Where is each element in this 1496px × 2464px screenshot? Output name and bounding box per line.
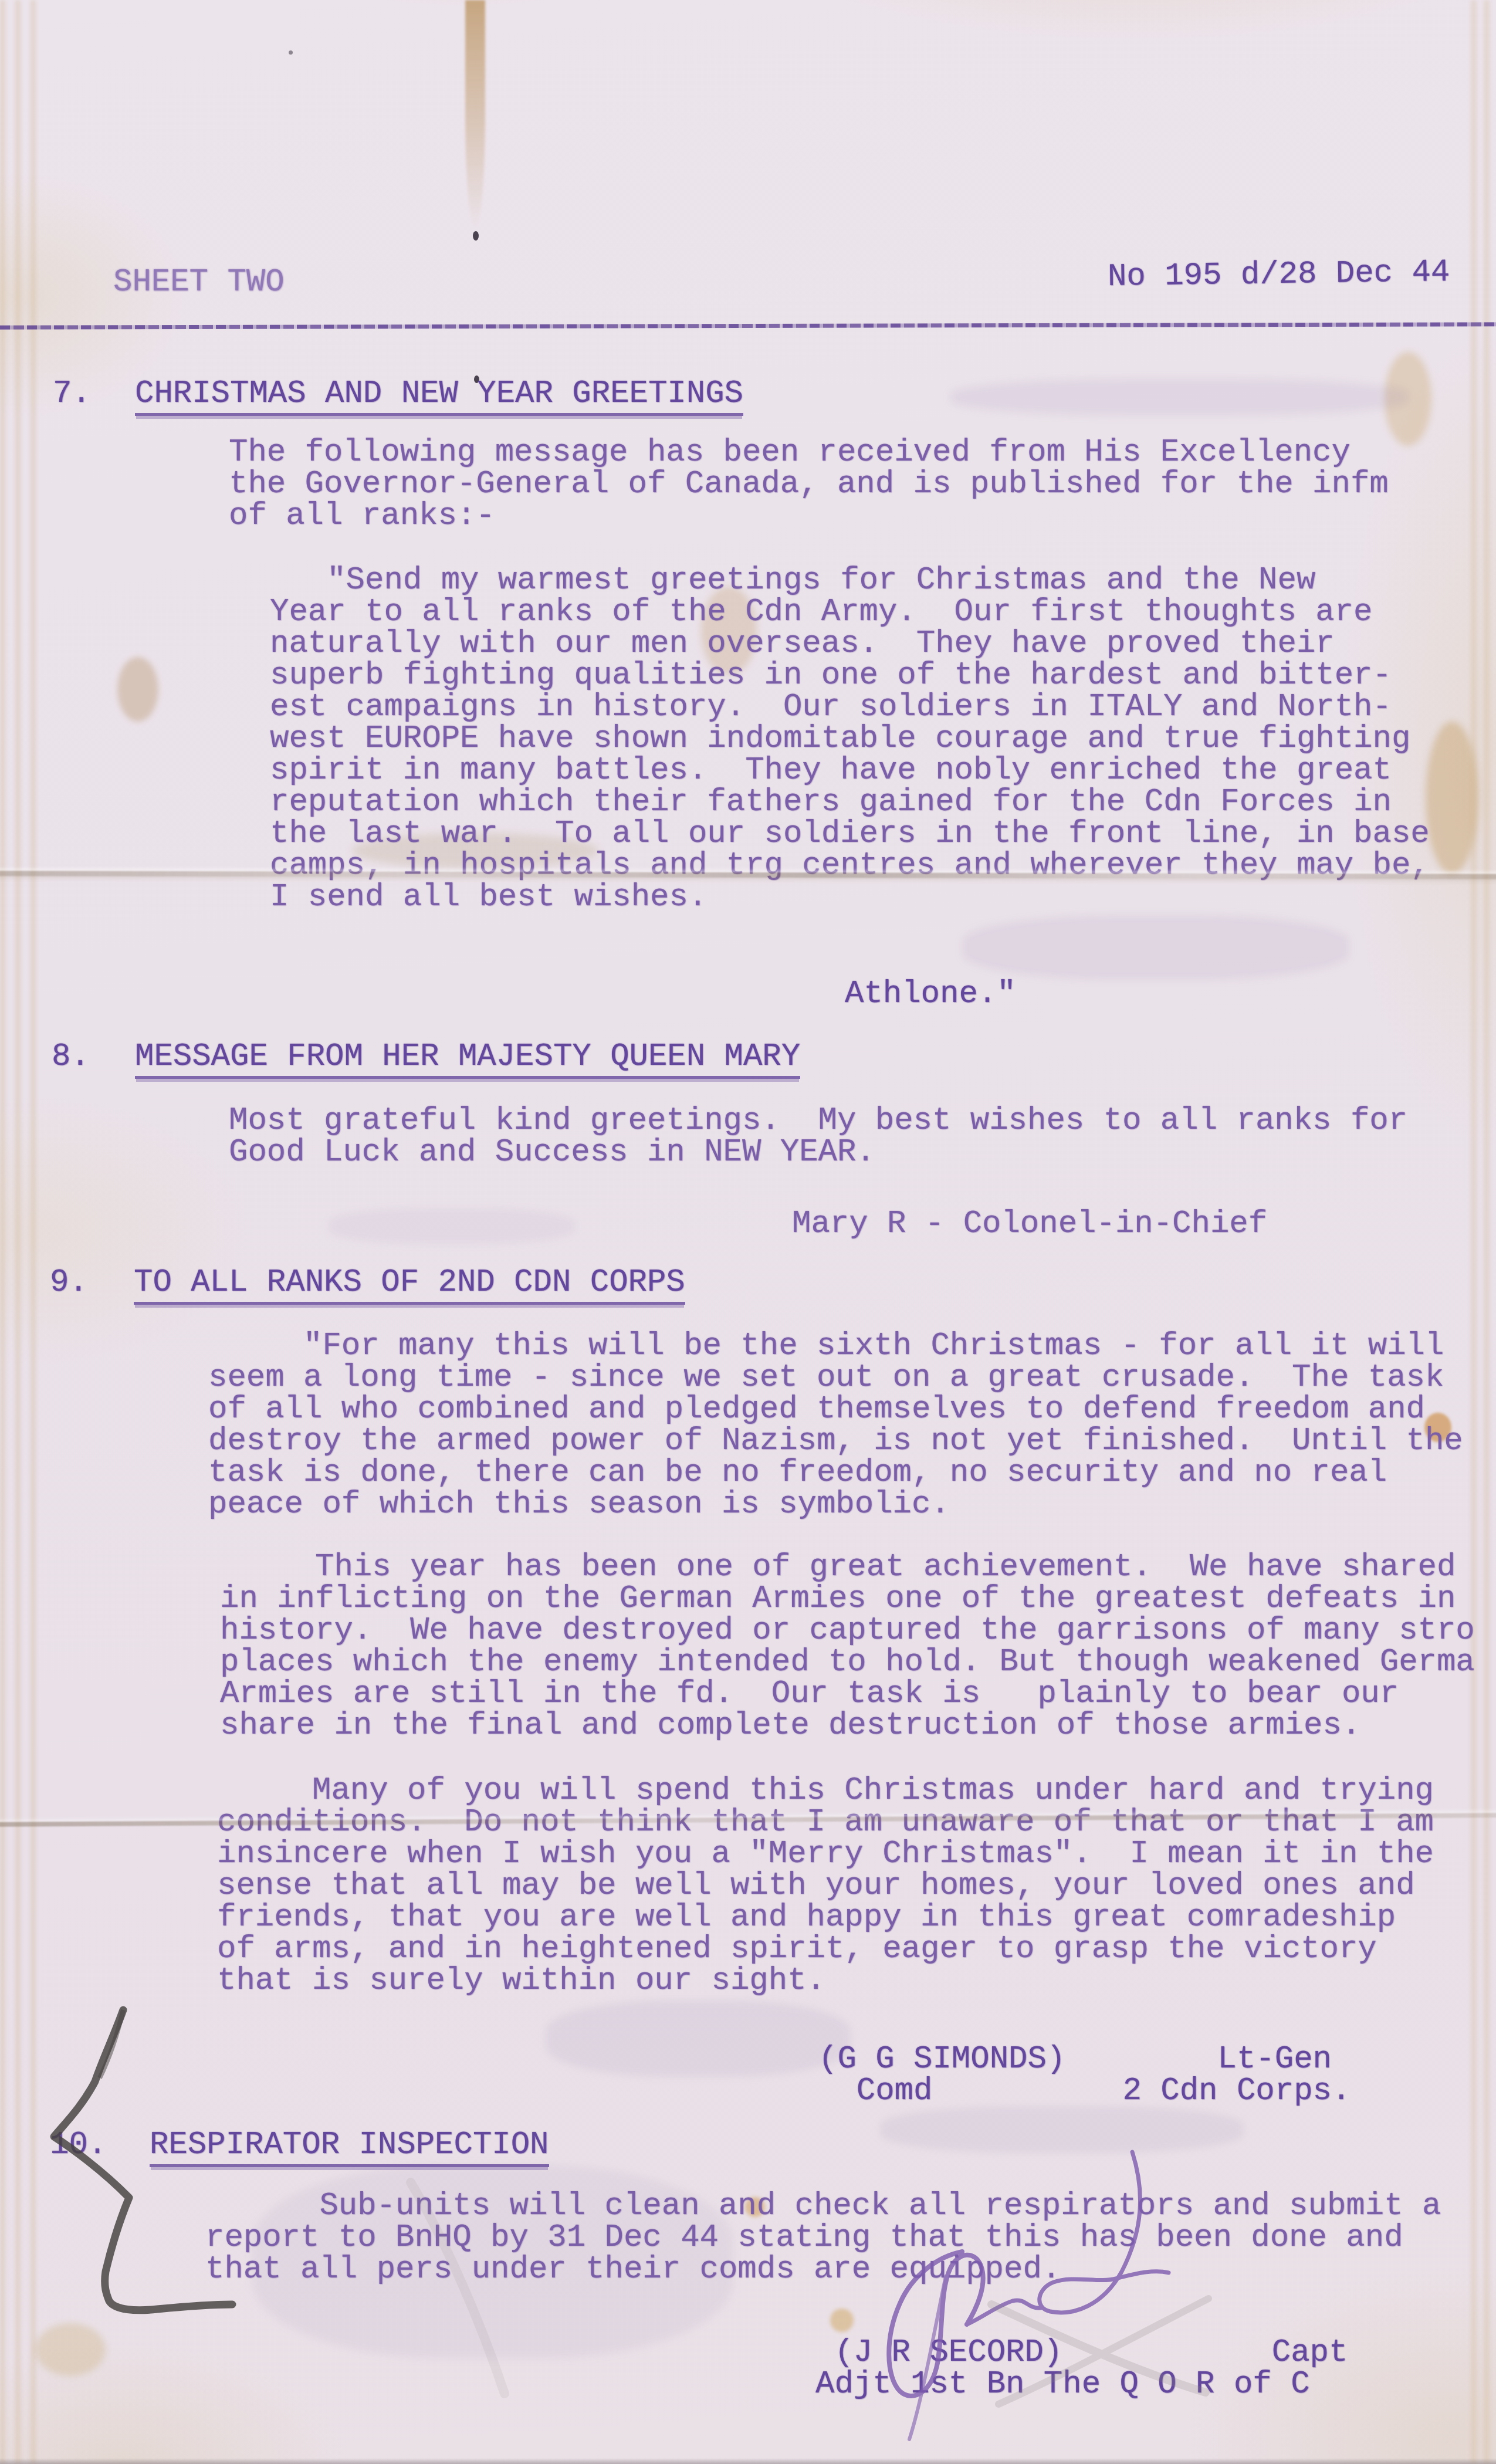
mary-r-signoff: Mary R - Colonel-in-Chief <box>792 1209 1267 1240</box>
athlone-signoff: Athlone." <box>845 979 1016 1010</box>
governor-general-message: "Send my warmest greetings for Christmas… <box>270 565 1430 913</box>
bleed-through-smudge <box>546 2001 851 2077</box>
paper-stain <box>117 657 158 722</box>
header-rule <box>0 322 1496 329</box>
paper-stain <box>1385 352 1431 446</box>
section-7-heading: CHRISTMAS AND NEW YEAR GREETINGS <box>135 378 743 416</box>
paper-stain <box>830 2309 854 2332</box>
section-7-intro: The following message has been received … <box>229 437 1389 532</box>
corps-message-para-1: "For many this will be the sixth Christm… <box>208 1331 1463 1521</box>
water-stain-drip <box>465 0 485 229</box>
ink-speck <box>289 50 293 55</box>
corps-message-para-3: Many of you will spend this Christmas un… <box>217 1775 1434 1997</box>
bleed-through-smudge <box>950 378 1408 416</box>
section-10-heading: RESPIRATOR INSPECTION <box>150 2130 549 2167</box>
secord-signature-block: (J R SECORD) Capt Adjt 1st Bn The Q O R … <box>815 2337 1348 2401</box>
scan-bottom-edge <box>0 2458 1496 2464</box>
section-8-title: MESSAGE FROM HER MAJESTY QUEEN MARY <box>135 1041 800 1079</box>
bleed-through-smudge <box>880 2106 1244 2153</box>
left-edge-staining <box>0 0 41 2464</box>
ink-speck <box>473 231 479 241</box>
document-page: SHEET TWO No 195 d/28 Dec 44 7. CHRISTMA… <box>0 0 1496 2464</box>
section-7-number: 7. <box>53 378 91 410</box>
simonds-signature-block: (G G SIMONDS) Lt-Gen Comd 2 Cdn Corps. <box>818 2044 1351 2107</box>
section-9-heading: TO ALL RANKS OF 2ND CDN CORPS <box>134 1267 685 1305</box>
section-10-title: RESPIRATOR INSPECTION <box>150 2130 549 2167</box>
section-9-title: TO ALL RANKS OF 2ND CDN CORPS <box>134 1267 685 1305</box>
section-10-number: 10. <box>50 2130 107 2161</box>
order-number-date: No 195 d/28 Dec 44 <box>1108 257 1450 293</box>
section-7-title: CHRISTMAS AND NEW YEAR GREETINGS <box>135 378 743 416</box>
right-edge-staining <box>1464 0 1496 2464</box>
section-9-number: 9. <box>50 1267 88 1299</box>
corps-message-para-2: This year has been one of great achievem… <box>220 1552 1475 1742</box>
queen-mary-message: Most grateful kind greetings. My best wi… <box>229 1105 1407 1169</box>
respirator-order-text: Sub-units will clean and check all respi… <box>205 2191 1441 2286</box>
section-8-number: 8. <box>52 1041 90 1073</box>
bleed-through-smudge <box>962 915 1349 980</box>
bleed-through-smudge <box>329 1209 575 1244</box>
paper-stain <box>35 2323 106 2376</box>
section-8-heading: MESSAGE FROM HER MAJESTY QUEEN MARY <box>135 1041 800 1079</box>
sheet-label: SHEET TWO <box>113 267 285 299</box>
